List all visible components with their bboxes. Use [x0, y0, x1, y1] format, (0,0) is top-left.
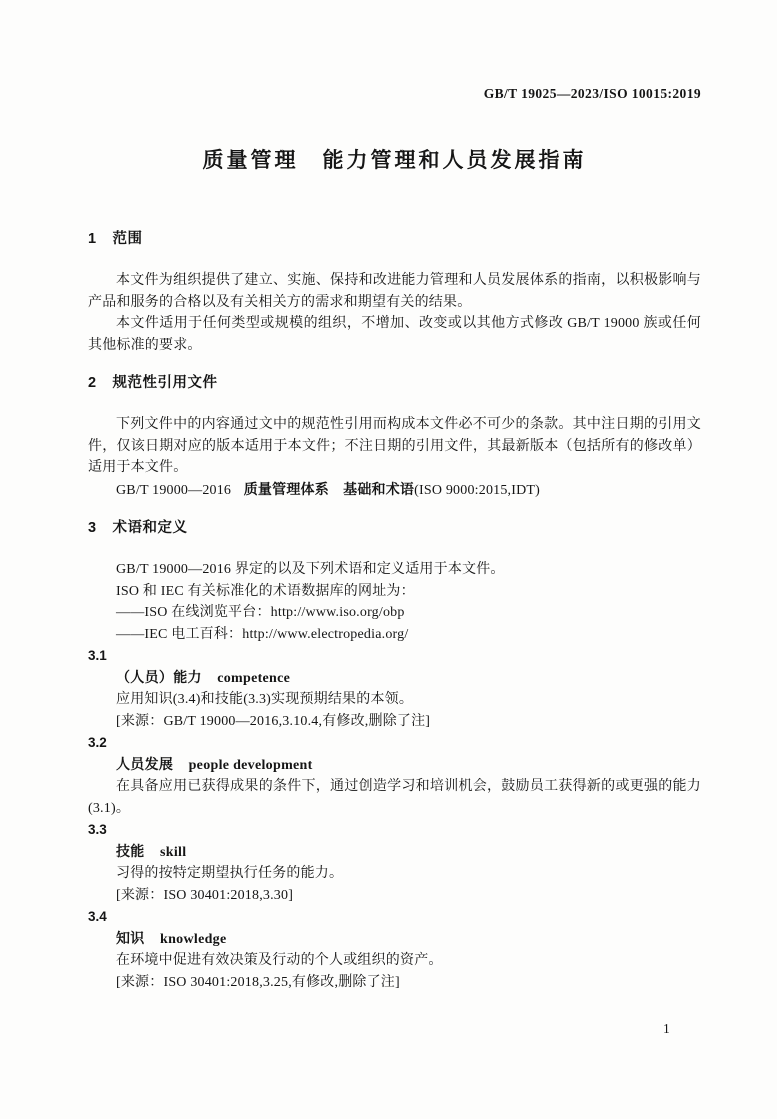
page-content: GB/T 19025—2023/ISO 10015:2019 质量管理 能力管理… [88, 86, 701, 993]
section-normative-references-heading: 2规范性引用文件 [88, 372, 701, 394]
standard-code-header: GB/T 19025—2023/ISO 10015:2019 [88, 86, 701, 102]
term-name: 技能skill [88, 841, 701, 864]
term-name-zh: 知识 [116, 930, 145, 946]
term-name-en: people development [189, 758, 313, 773]
section-heading-text: 术语和定义 [113, 520, 188, 536]
section-number: 2 [88, 375, 97, 391]
term-id: 3.1 [88, 645, 701, 667]
term-name: 知识knowledge [88, 928, 701, 951]
document-title: 质量管理 能力管理和人员发展指南 [88, 146, 701, 176]
referenced-standard-title: 质量管理体系 基础和术语 [244, 481, 414, 497]
term-id: 3.3 [88, 819, 701, 841]
term-name-zh: （人员）能力 [116, 669, 202, 685]
terms-database-list-item-iso: ——ISO 在线浏览平台：http://www.iso.org/obp [88, 602, 701, 624]
referenced-standard-line: GB/T 19000—2016质量管理体系 基础和术语(ISO 9000:201… [88, 479, 701, 502]
scope-paragraph: 本文件为组织提供了建立、实施、保持和改进能力管理和人员发展体系的指南，以积极影响… [88, 270, 701, 313]
term-name-zh: 技能 [116, 843, 145, 859]
term-entry-3-4: 3.4 知识knowledge 在环境中促进有效决策及行动的个人或组织的资产。 … [88, 906, 701, 993]
section-terms-heading: 3术语和定义 [88, 517, 701, 539]
section-normative-references: 2规范性引用文件 下列文件中的内容通过文中的规范性引用而构成本文件必不可少的条款… [88, 372, 701, 501]
terms-database-list-item-iec: ——IEC 电工百科：http://www.electropedia.org/ [88, 624, 701, 646]
term-entry-3-1: 3.1 （人员）能力competence 应用知识(3.4)和技能(3.3)实现… [88, 645, 701, 732]
page-number: 1 [663, 1021, 670, 1037]
referenced-standard-code: GB/T 19000—2016 [116, 483, 231, 498]
term-id: 3.4 [88, 906, 701, 928]
term-definition: 习得的按特定期望执行任务的能力。 [88, 863, 701, 885]
scope-paragraph: 本文件适用于任何类型或规模的组织，不增加、改变或以其他方式修改 GB/T 190… [88, 313, 701, 356]
section-terms-definitions: 3术语和定义 GB/T 19000—2016 界定的以及下列术语和定义适用于本文… [88, 517, 701, 993]
term-definition: 在具备应用已获得成果的条件下，通过创造学习和培训机会，鼓励员工获得新的或更强的能… [88, 776, 701, 819]
section-scope: 1范围 本文件为组织提供了建立、实施、保持和改进能力管理和人员发展体系的指南，以… [88, 228, 701, 356]
term-name-en: competence [217, 671, 290, 686]
normative-references-paragraph: 下列文件中的内容通过文中的规范性引用而构成本文件必不可少的条款。其中注日期的引用… [88, 414, 701, 479]
term-name-en: skill [160, 845, 186, 860]
document-page: GB/T 19025—2023/ISO 10015:2019 质量管理 能力管理… [0, 0, 777, 1119]
section-heading-text: 规范性引用文件 [113, 375, 218, 391]
term-name-en: knowledge [160, 932, 227, 947]
term-definition: 在环境中促进有效决策及行动的个人或组织的资产。 [88, 950, 701, 972]
terms-intro-line: GB/T 19000—2016 界定的以及下列术语和定义适用于本文件。 [88, 559, 701, 581]
term-name: （人员）能力competence [88, 667, 701, 690]
section-scope-heading: 1范围 [88, 228, 701, 250]
term-source: [来源：ISO 30401:2018,3.25,有修改,删除了注] [88, 972, 701, 994]
terms-intro-line: ISO 和 IEC 有关标准化的术语数据库的网址为： [88, 581, 701, 603]
section-number: 3 [88, 520, 97, 536]
term-entry-3-2: 3.2 人员发展people development 在具备应用已获得成果的条件… [88, 732, 701, 819]
term-source: [来源：GB/T 19000—2016,3.10.4,有修改,删除了注] [88, 711, 701, 733]
term-definition: 应用知识(3.4)和技能(3.3)实现预期结果的本领。 [88, 689, 701, 711]
term-name-zh: 人员发展 [116, 756, 173, 772]
section-number: 1 [88, 231, 97, 247]
term-id: 3.2 [88, 732, 701, 754]
term-name: 人员发展people development [88, 754, 701, 777]
referenced-standard-suffix: (ISO 9000:2015,IDT) [414, 483, 540, 498]
term-entry-3-3: 3.3 技能skill 习得的按特定期望执行任务的能力。 [来源：ISO 304… [88, 819, 701, 906]
term-source: [来源：ISO 30401:2018,3.30] [88, 885, 701, 907]
section-heading-text: 范围 [113, 231, 143, 247]
